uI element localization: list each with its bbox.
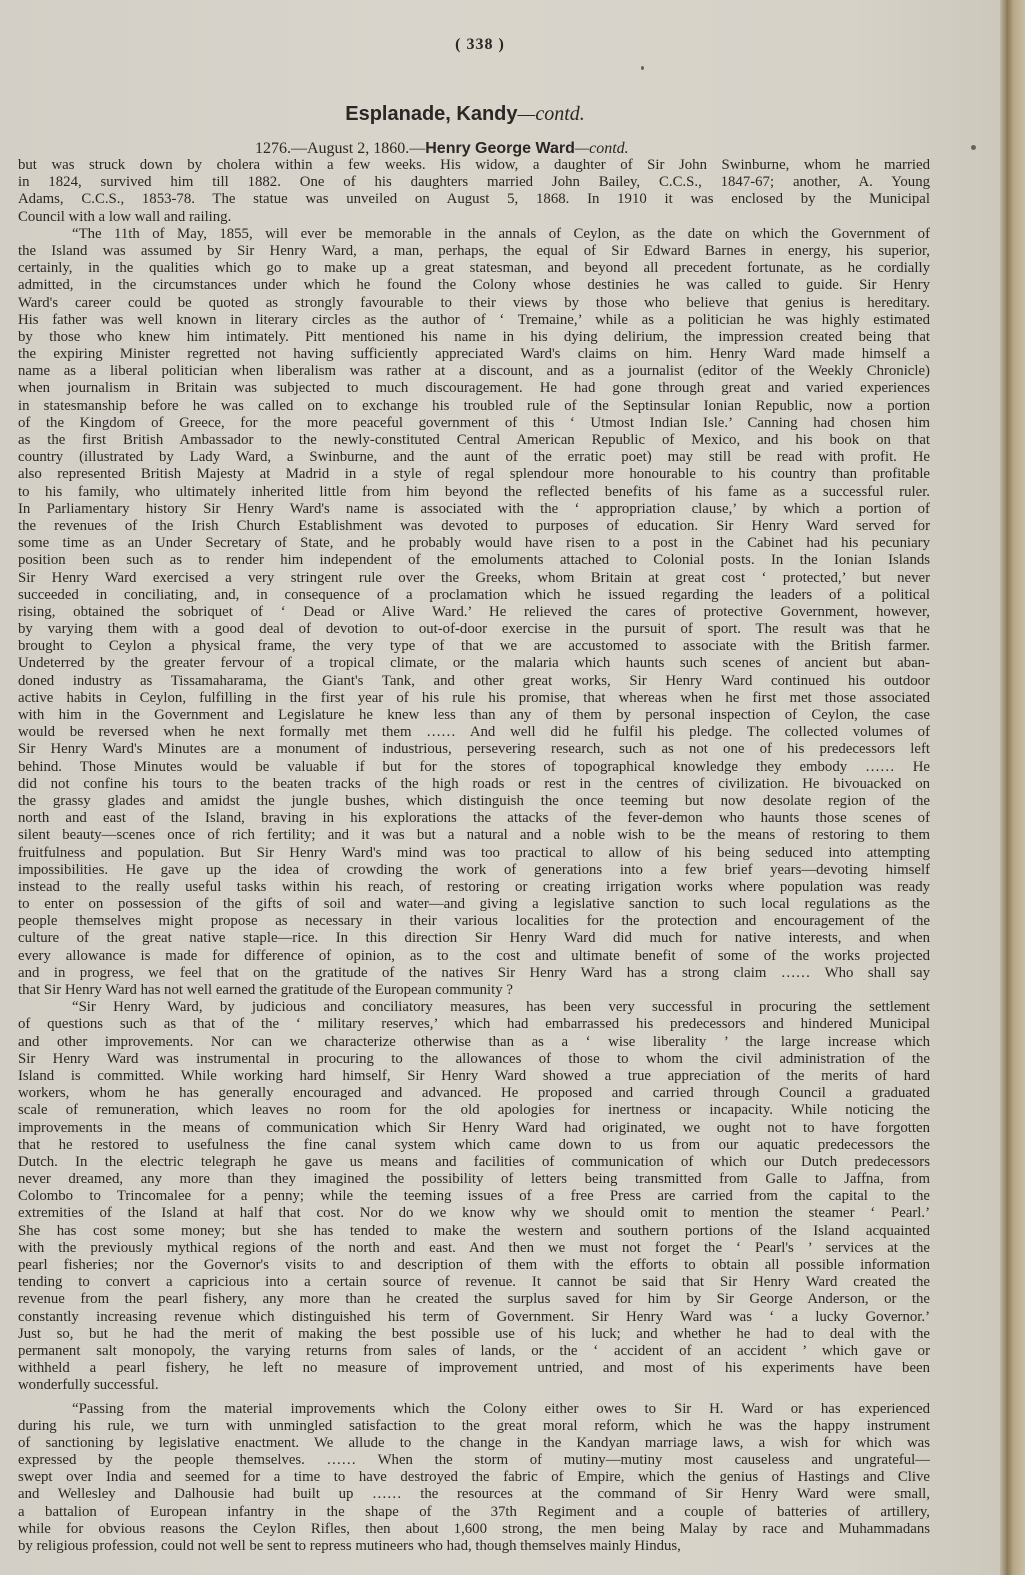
text-line: “Passing from the material improvements … (18, 1401, 930, 1418)
text-line: “Sir Henry Ward, by judicious and concil… (18, 999, 930, 1016)
text-line: In Parliamentary history Sir Henry Ward'… (18, 501, 930, 518)
text-line: permanent salt monopoly, the varying ret… (18, 1343, 930, 1360)
paper-speck (641, 66, 644, 70)
text-line: Just so, but he had the merit of making … (18, 1326, 930, 1343)
text-line: extremities of the Island at half that c… (18, 1205, 930, 1222)
text-line: rising, obtained the sobriquet of ‘ Dead… (18, 604, 930, 621)
text-line: that Sir Henry Ward has not well earned … (18, 982, 930, 999)
text-line: Dutch. In the electric telegraph he gave… (18, 1154, 930, 1171)
text-line: the grassy glades and amidst the jungle … (18, 793, 930, 810)
text-line: behind. Those Minutes would be valuable … (18, 759, 930, 776)
text-line: Sir Henry Ward's Minutes are a monument … (18, 741, 930, 758)
text-line: His father was well known in literary ci… (18, 312, 930, 329)
text-line: as the first British Ambassador to the n… (18, 432, 930, 449)
text-line: position been such as to render him inde… (18, 552, 930, 569)
text-line: fruitfulness and population. But Sir Hen… (18, 845, 930, 862)
text-line: expressed by the people themselves. …… W… (18, 1452, 930, 1469)
text-line: name as a liberal politician when libera… (18, 363, 930, 380)
page-number: ( 338 ) (0, 36, 960, 54)
text-line: Sir Henry Ward exercised a very stringen… (18, 570, 930, 587)
text-line: the revenues of the Irish Church Establi… (18, 518, 930, 535)
text-line: that he restored to usefulness the fine … (18, 1137, 930, 1154)
text-line: a battalion of European infantry in the … (18, 1504, 930, 1521)
paragraph: “Passing from the material improvements … (18, 1401, 930, 1556)
entry-heading: 1276.—August 2, 1860.—Henry George Ward—… (255, 140, 629, 158)
text-line: instead to the really useful tasks withi… (18, 879, 930, 896)
text-line: country (illustrated by Lady Ward, a Swi… (18, 449, 930, 466)
text-line: but was struck down by cholera within a … (18, 157, 930, 174)
text-line: brought to Ceylon a physical frame, the … (18, 638, 930, 655)
text-line: when journalism in Britain was subjected… (18, 380, 930, 397)
text-line: with him in the Government and Legislatu… (18, 707, 930, 724)
paragraph: “The 11th of May, 1855, will ever be mem… (18, 226, 930, 999)
text-line: withheld a pearl fishery, he left no mea… (18, 1360, 930, 1377)
text-line: improvements in the means of communicati… (18, 1120, 930, 1137)
text-line: Undeterred by the greater fervour of a t… (18, 655, 930, 672)
text-line: of sanctioning by legislative enactment.… (18, 1435, 930, 1452)
text-line: constantly increasing revenue which dist… (18, 1309, 930, 1326)
text-line: by religious profession, could not well … (18, 1538, 930, 1555)
document-page: ( 338 ) Esplanade, Kandy—contd. 1276.—Au… (0, 0, 1000, 1575)
text-line: to his family, who ultimately inherited … (18, 484, 930, 501)
text-line: impossibilities. He gave up the idea of … (18, 862, 930, 879)
text-line: never dreamed, any more than they imagin… (18, 1171, 930, 1188)
entry-number-date: 1276.—August 2, 1860.— (255, 140, 425, 157)
section-title: Esplanade, Kandy—contd. (0, 103, 930, 126)
text-line: workers, whom he has generally encourage… (18, 1085, 930, 1102)
paper-speck (971, 145, 976, 150)
text-line: also represented British Majesty at Madr… (18, 466, 930, 483)
text-line: succeeded in conciliating, and, in conse… (18, 587, 930, 604)
text-line: admitted, in the circumstances under whi… (18, 277, 930, 294)
text-line: swept over India and seemed for a time t… (18, 1469, 930, 1486)
body-text: but was struck down by cholera within a … (18, 157, 930, 1555)
text-line: north and east of the Island, braving in… (18, 810, 930, 827)
text-line: active habits in Ceylon, fulfilling in t… (18, 690, 930, 707)
text-line: by those who knew him intimately. Pitt m… (18, 329, 930, 346)
paragraph: “Sir Henry Ward, by judicious and concil… (18, 999, 930, 1394)
text-line: and Wellesley and Dalhousie had built up… (18, 1486, 930, 1503)
text-line: She has cost some money; but she has ten… (18, 1223, 930, 1240)
binding-edge (1000, 0, 1025, 1575)
text-line: in statesmanship before he was called on… (18, 398, 930, 415)
text-line: with the previously mythical regions of … (18, 1240, 930, 1257)
text-line: certainly, in the qualities which go to … (18, 260, 930, 277)
text-line: people themselves might propose as neces… (18, 913, 930, 930)
section-title-suffix: —contd. (518, 103, 585, 125)
text-line: the Island was assumed by Sir Henry Ward… (18, 243, 930, 260)
text-line: to enter on possession of the gifts of s… (18, 896, 930, 913)
text-line: silent beauty—scenes once of rich fertil… (18, 827, 930, 844)
text-line: and other improvements. Nor can we chara… (18, 1034, 930, 1051)
text-line: during his rule, we turn with unmingled … (18, 1418, 930, 1435)
entry-name: Henry George Ward (425, 140, 575, 157)
text-line: Ward's career could be quoted as strongl… (18, 295, 930, 312)
text-line: Adams, C.C.S., 1853-78. The statue was u… (18, 191, 930, 208)
text-line: while for obvious reasons the Ceylon Rif… (18, 1521, 930, 1538)
text-line: Island is committed. While working hard … (18, 1068, 930, 1085)
text-line: “The 11th of May, 1855, will ever be mem… (18, 226, 930, 243)
text-line: pearl fisheries; nor the Governor's visi… (18, 1257, 930, 1274)
text-line: tending to convert a capricious into a c… (18, 1274, 930, 1291)
text-line: in 1824, survived him till 1882. One of … (18, 174, 930, 191)
text-line: and in progress, we feel that on the gra… (18, 965, 930, 982)
text-line: scale of remuneration, which leaves no r… (18, 1102, 930, 1119)
text-line: of questions such as that of the ‘ milit… (18, 1016, 930, 1033)
text-line: Colombo to Trincomalee for a penny; whil… (18, 1188, 930, 1205)
text-line: wonderfully successful. (18, 1377, 930, 1394)
text-line: doned industry as Tissamaharama, the Gia… (18, 673, 930, 690)
entry-suffix: —contd. (575, 140, 629, 157)
text-line: by varying them with a good deal of devo… (18, 621, 930, 638)
text-line: Council with a low wall and railing. (18, 209, 930, 226)
paragraph: but was struck down by cholera within a … (18, 157, 930, 226)
text-line: Sir Henry Ward was instrumental in procu… (18, 1051, 930, 1068)
text-line: culture of the great native staple—rice.… (18, 930, 930, 947)
text-line: some time as an Under Secretary of State… (18, 535, 930, 552)
text-line: would be reversed when he next formally … (18, 724, 930, 741)
section-title-text: Esplanade, Kandy (345, 103, 517, 125)
text-line: of the Kingdom of Greece, for the more p… (18, 415, 930, 432)
text-line: revenue from the pearl fishery, any more… (18, 1291, 930, 1308)
text-line: every allowance is made for difference o… (18, 948, 930, 965)
text-line: the expiring Minister regretted not havi… (18, 346, 930, 363)
text-line: did not confine his tours to the beaten … (18, 776, 930, 793)
